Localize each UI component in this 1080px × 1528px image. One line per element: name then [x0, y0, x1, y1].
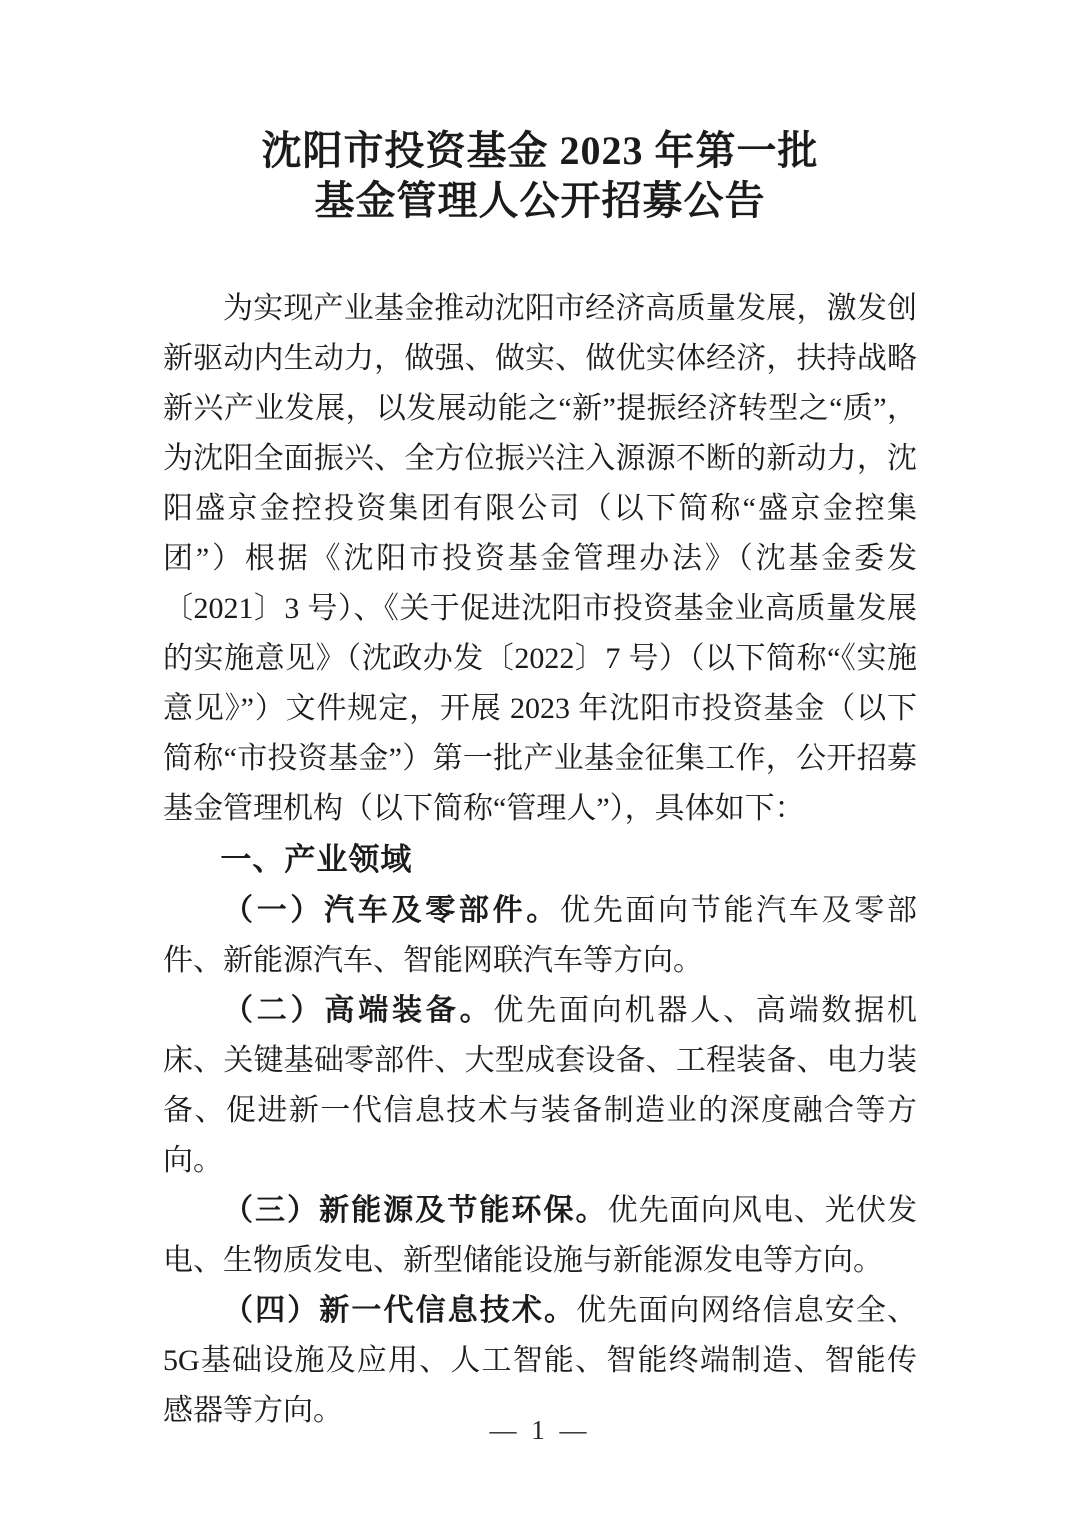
industry-item-auto-parts-label: （一）汽车及零部件。 [223, 894, 560, 927]
document-title: 沈阳市投资基金 2023 年第一批 基金管理人公开招募公告 [163, 126, 917, 226]
section-heading-industry-fields: 一、产业领域 [163, 834, 917, 886]
intro-paragraph: 为实现产业基金推动沈阳市经济高质量发展，激发创新驱动内生动力，做强、做实、做优实… [163, 284, 917, 834]
page-number: — 1 — [0, 1415, 1080, 1446]
document-content: 沈阳市投资基金 2023 年第一批 基金管理人公开招募公告 为实现产业基金推动沈… [163, 126, 917, 1436]
document-page: 沈阳市投资基金 2023 年第一批 基金管理人公开招募公告 为实现产业基金推动沈… [0, 0, 1080, 1528]
industry-item-high-end-equipment-label: （二）高端装备。 [223, 994, 493, 1027]
industry-item-next-gen-it-label: （四）新一代信息技术。 [223, 1294, 576, 1327]
document-title-line-1: 沈阳市投资基金 2023 年第一批 [163, 126, 917, 176]
industry-item-high-end-equipment: （二）高端装备。优先面向机器人、高端数据机床、关键基础零部件、大型成套设备、工程… [163, 986, 917, 1186]
document-title-line-2: 基金管理人公开招募公告 [163, 176, 917, 226]
industry-item-new-energy: （三）新能源及节能环保。优先面向风电、光伏发电、生物质发电、新型储能设施与新能源… [163, 1186, 917, 1286]
industry-item-auto-parts: （一）汽车及零部件。优先面向节能汽车及零部件、新能源汽车、智能网联汽车等方向。 [163, 886, 917, 986]
industry-item-next-gen-it: （四）新一代信息技术。优先面向网络信息安全、5G基础设施及应用、人工智能、智能终… [163, 1286, 917, 1436]
industry-item-new-energy-label: （三）新能源及节能环保。 [223, 1194, 608, 1227]
